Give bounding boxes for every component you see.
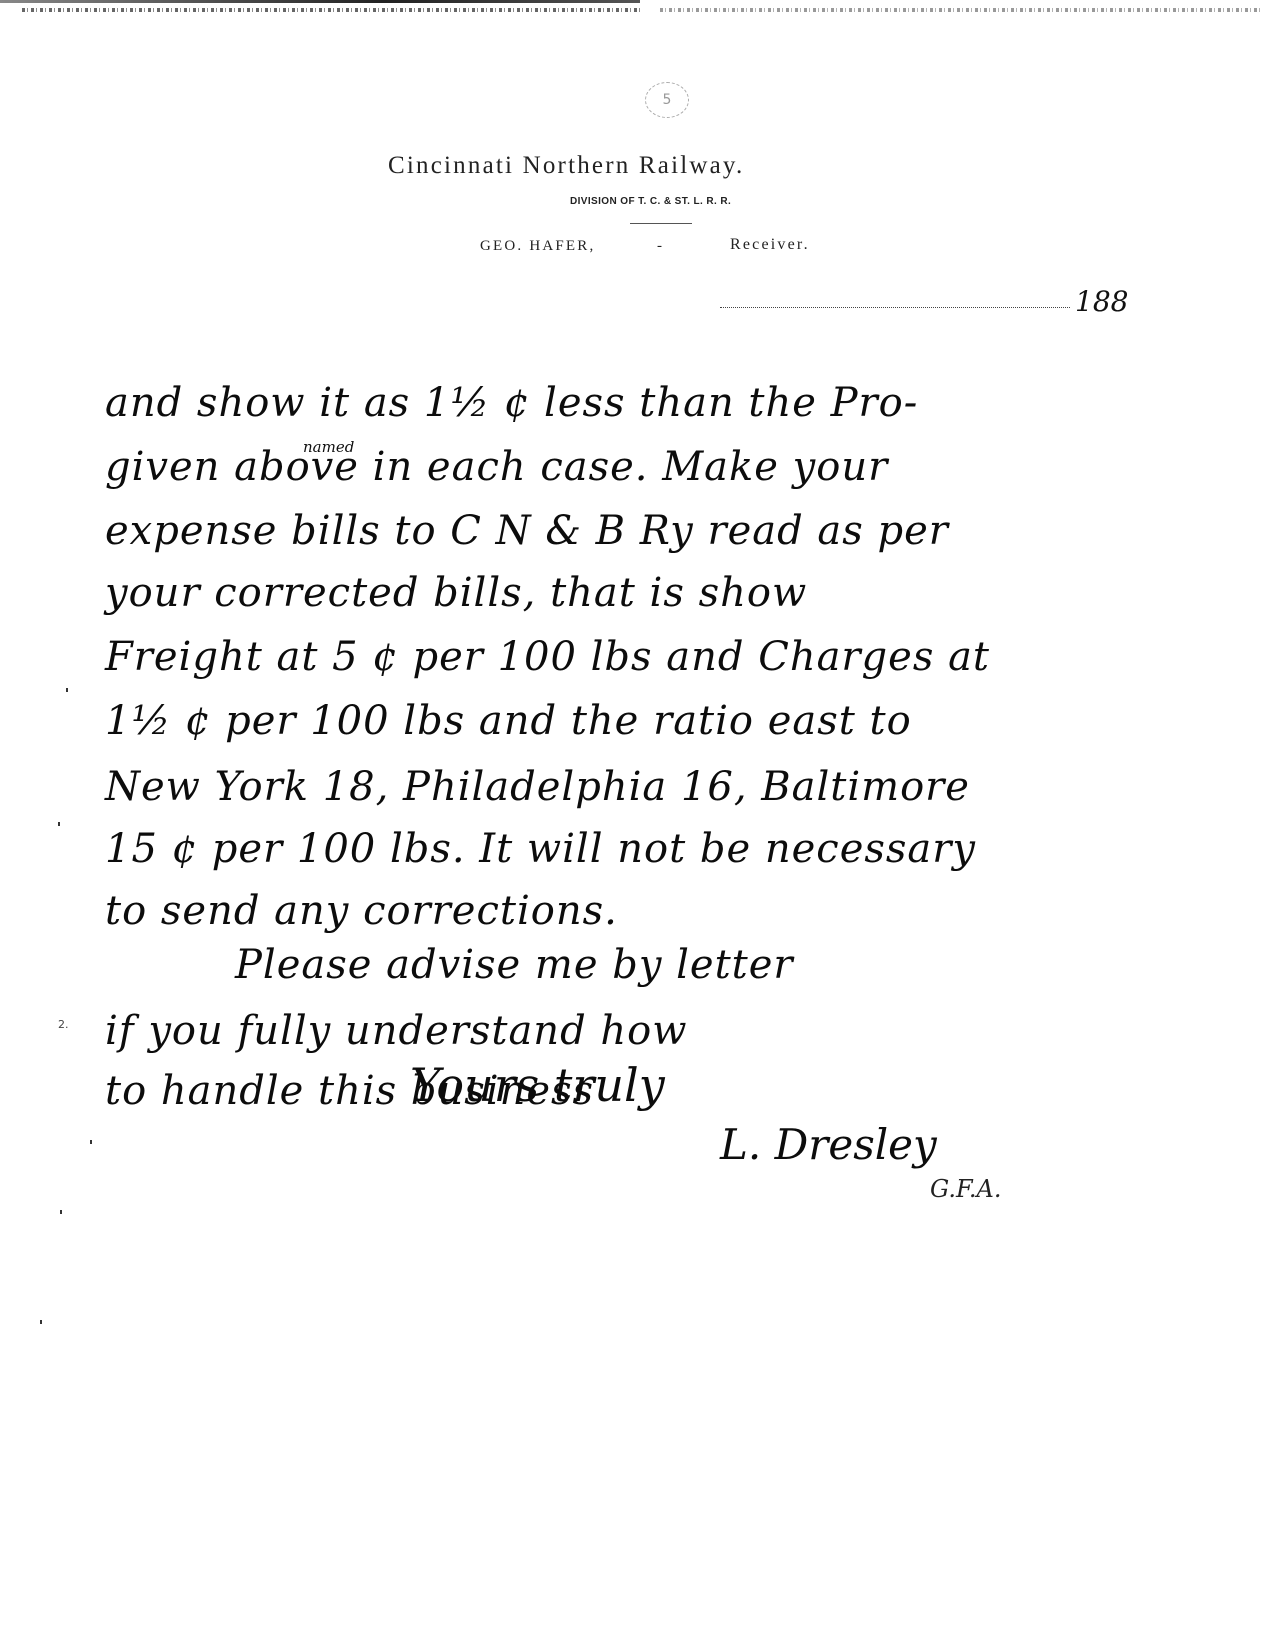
scan-noise-artifact bbox=[22, 8, 642, 12]
page-number-stamp: 5 bbox=[645, 82, 689, 118]
date-line bbox=[720, 307, 1070, 308]
receiver-name: GEO. HAFER, bbox=[480, 238, 595, 255]
body-line: New York 18, Philadelphia 16, Baltimore bbox=[105, 764, 970, 810]
body-line: 1½ ¢ per 100 lbs and the ratio east to bbox=[105, 698, 912, 744]
body-line: Please advise me by letter bbox=[235, 942, 794, 988]
body-line: to send any corrections. bbox=[105, 888, 618, 934]
scan-speck bbox=[40, 1320, 42, 1324]
margin-mark: 2. bbox=[58, 1018, 69, 1031]
body-line: and show it as 1½ ¢ less than the Pro- bbox=[105, 380, 918, 426]
divider bbox=[630, 223, 692, 224]
body-line: if you fully understand how bbox=[105, 1008, 687, 1054]
closing: Yours truly bbox=[410, 1058, 665, 1112]
body-line: expense bills to C N & B Ry read as per bbox=[105, 508, 949, 554]
scan-speck bbox=[90, 1140, 92, 1144]
company-name: Cincinnati Northern Railway. bbox=[388, 152, 744, 180]
body-line: 15 ¢ per 100 lbs. It will not be necessa… bbox=[105, 826, 976, 872]
scan-speck bbox=[66, 688, 68, 692]
body-line: given above in each case. Make your bbox=[105, 444, 888, 490]
signature: L. Dresley bbox=[720, 1120, 937, 1169]
scan-speck bbox=[58, 822, 60, 826]
scan-edge-artifact bbox=[0, 0, 640, 3]
receiver-separator: - bbox=[657, 238, 662, 255]
date-year-prefix: 188 bbox=[1075, 285, 1128, 318]
division-line: DIVISION OF T. C. & ST. L. R. R. bbox=[570, 196, 731, 207]
body-line: Freight at 5 ¢ per 100 lbs and Charges a… bbox=[105, 634, 990, 680]
receiver-title: Receiver. bbox=[730, 236, 810, 254]
scan-speck bbox=[60, 1210, 62, 1214]
signature-title: G.F.A. bbox=[930, 1175, 1001, 1203]
scan-noise-artifact bbox=[660, 8, 1260, 12]
body-line: your corrected bills, that is show bbox=[105, 570, 807, 616]
